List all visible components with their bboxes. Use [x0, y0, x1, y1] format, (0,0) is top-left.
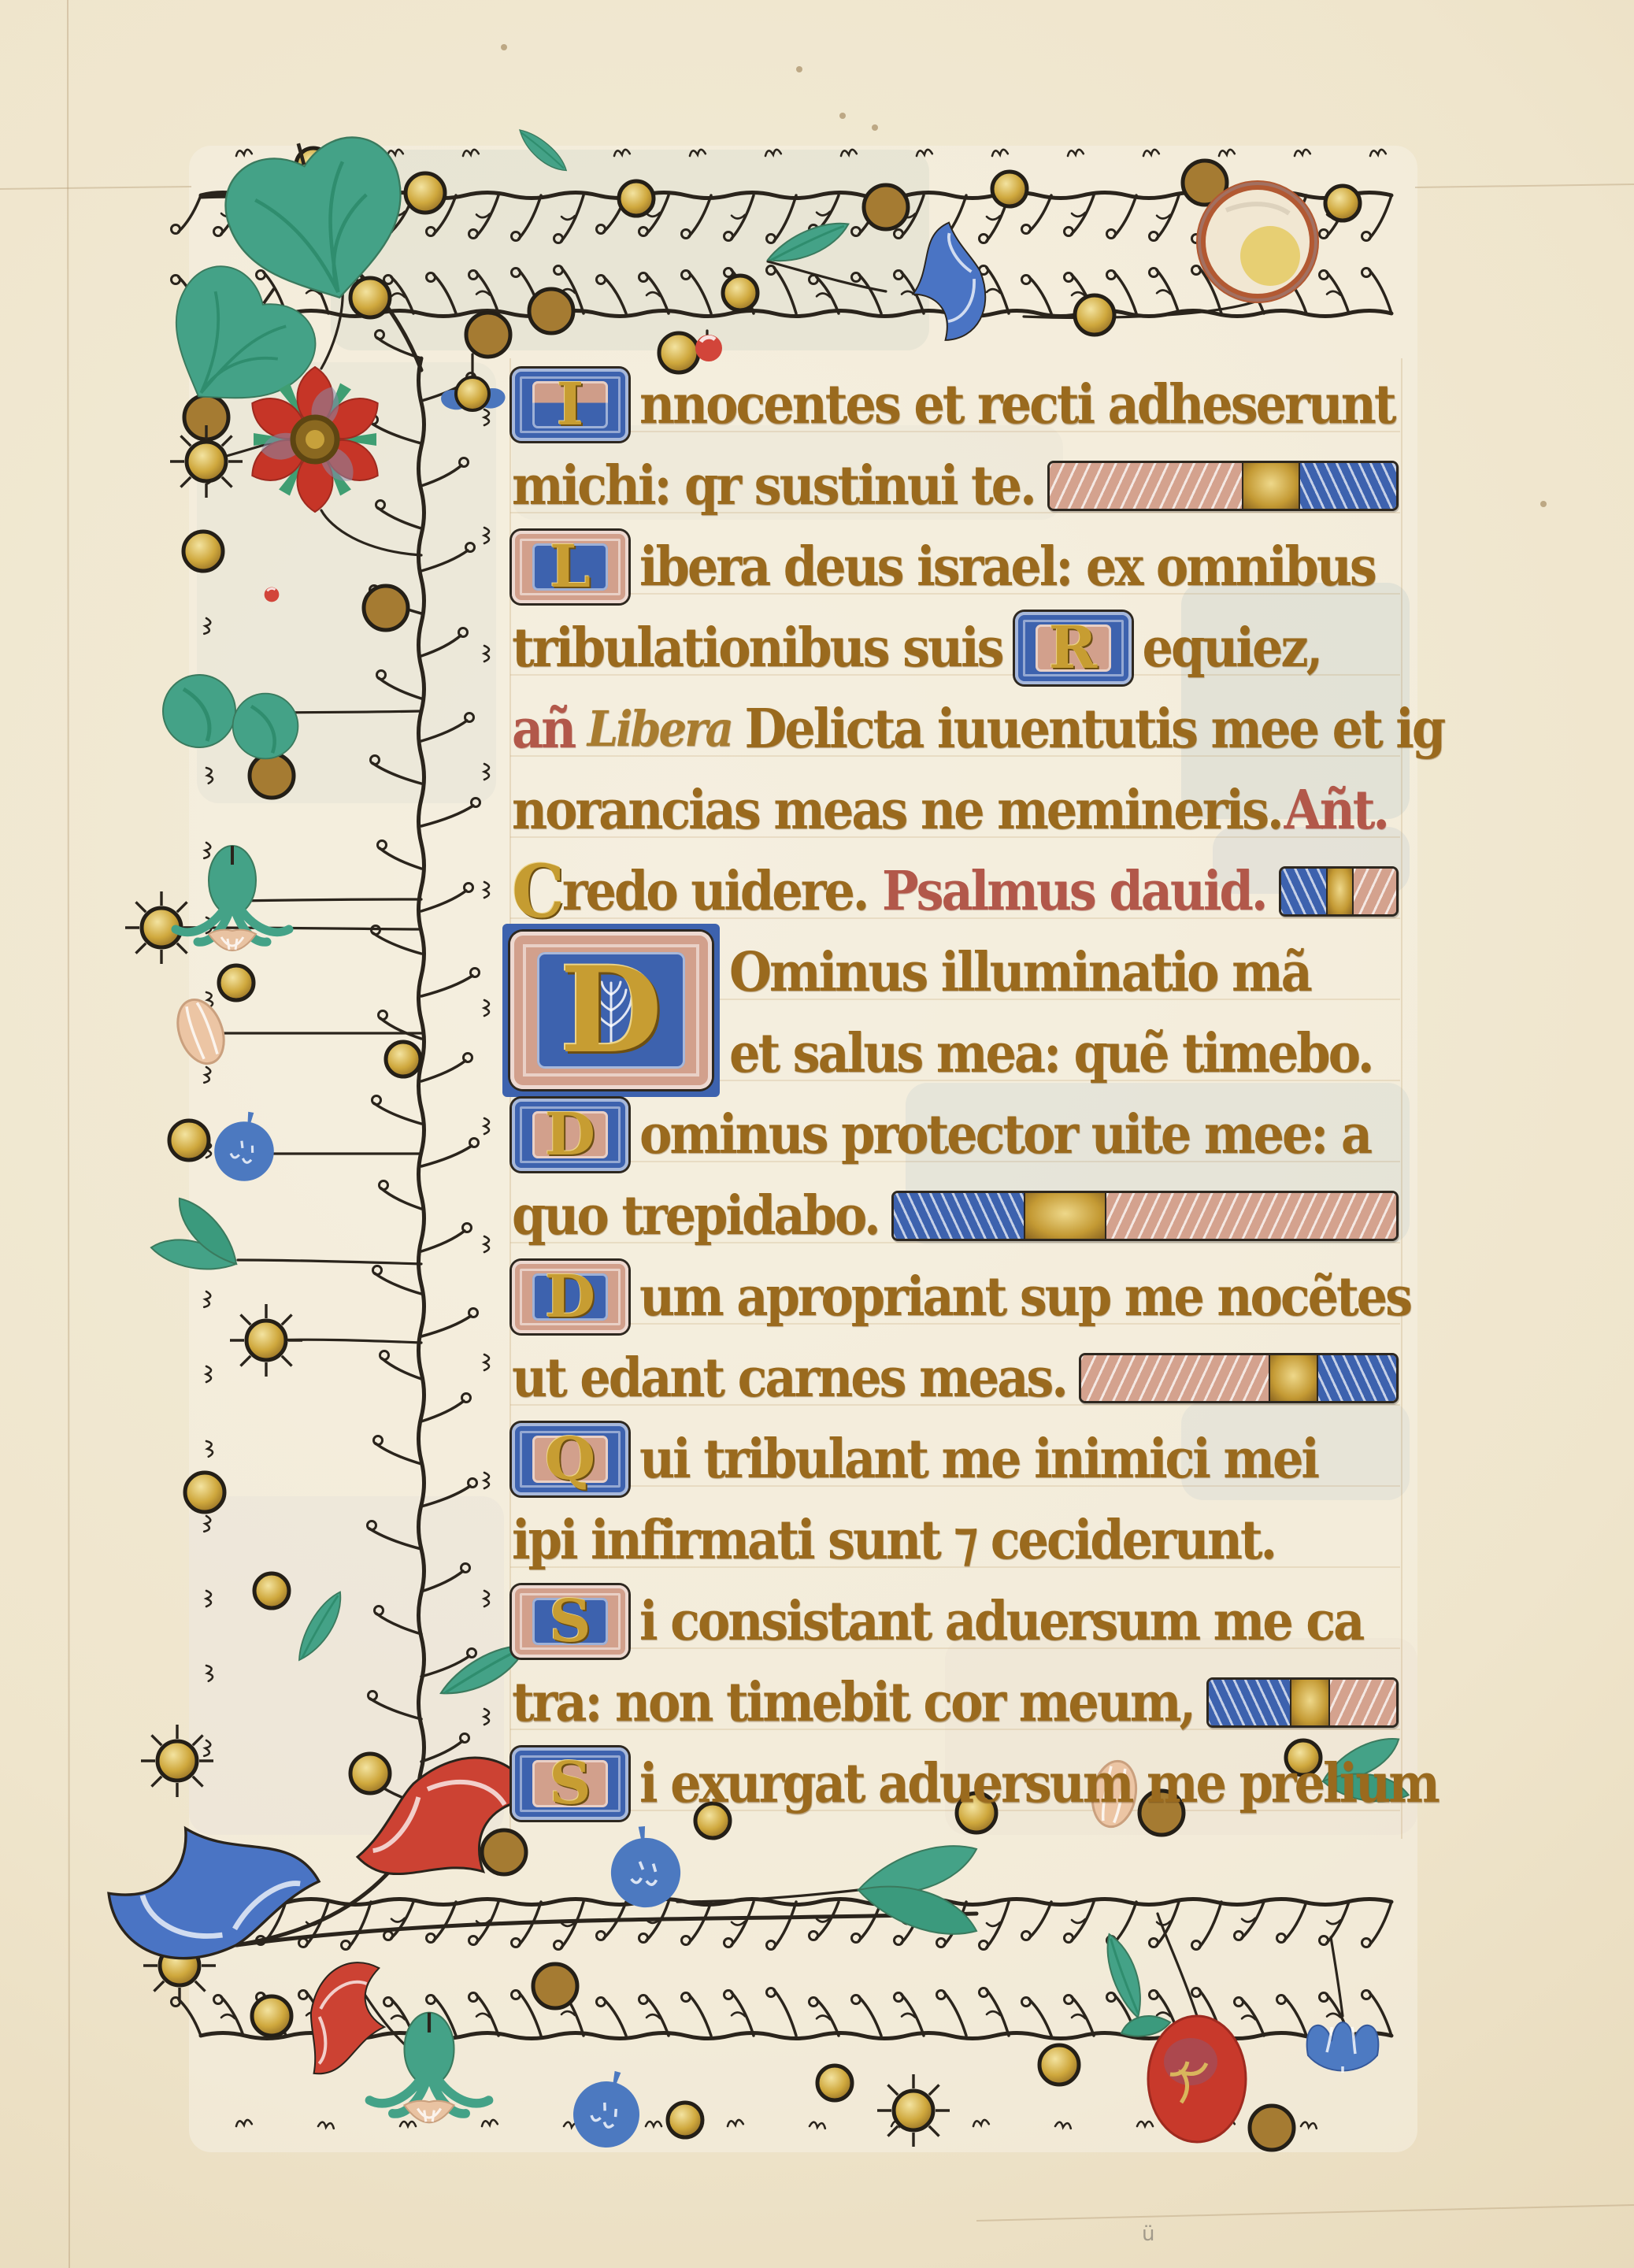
text-block: D Innocentes et recti adheseruntmichi: q… [0, 0, 1634, 2268]
initial-letter: S [549, 1588, 591, 1655]
initial-letter: Q [545, 1425, 595, 1493]
text-segment: ipi infirmati sunt ⁊ ceciderunt. [512, 1508, 1275, 1571]
line-filler [1206, 1677, 1399, 1728]
text-line-18: Si exurgat aduersum me prelium [512, 1743, 1400, 1824]
filler-segment-pink [1050, 463, 1242, 509]
illuminated-initial-Q: Q [512, 1423, 628, 1495]
text-segment: añ [512, 697, 574, 760]
illuminated-initial-I: I [512, 369, 628, 441]
text-segment: ut edant carnes meas. [512, 1346, 1066, 1409]
initial-letter: I [557, 371, 584, 439]
filler-segment-gold [1269, 1355, 1318, 1401]
text-segment: Psalmus dauid. [882, 859, 1266, 922]
text-segment: ominus protector uite mee: a [639, 1102, 1370, 1165]
filler-segment-pink [1081, 1355, 1269, 1401]
text-segment: tribulationibus suis [512, 616, 1002, 679]
text-line-5: añ Libera Delicta iuuentutis mee et ig [512, 688, 1400, 769]
text-line-9: et salus mea: quẽ timebo. [512, 1013, 1617, 1094]
text-segment: C [512, 848, 562, 934]
text-line-11: quo trepidabo. [512, 1175, 1400, 1256]
illuminated-initial-S: S [512, 1585, 628, 1658]
text-segment: quo trepidabo. [512, 1184, 879, 1247]
text-line-14: Qui tribulant me inimici mei [512, 1418, 1400, 1499]
text-segment: Ominus illuminatio mã [729, 940, 1310, 1003]
initial-letter: R [1049, 614, 1098, 682]
text-line-15: ipi infirmati sunt ⁊ ceciderunt. [512, 1499, 1400, 1581]
pen-mark: ü [1142, 2222, 1154, 2246]
initial-letter: L [550, 533, 591, 601]
illuminated-initial-D: D [512, 1099, 628, 1171]
initial-letter: D [545, 1263, 595, 1331]
text-segment: i consistant aduersum me ca [639, 1589, 1362, 1652]
initial-letter: S [549, 1750, 591, 1818]
filler-segment-blue [1209, 1680, 1290, 1725]
line-filler [891, 1191, 1399, 1241]
text-segment: Añt. [1284, 778, 1388, 841]
text-segment: ui tribulant me inimici mei [639, 1427, 1317, 1490]
text-line-10: Dominus protector uite mee: a [512, 1094, 1400, 1175]
text-line-8: Ominus illuminatio mã [512, 932, 1617, 1013]
illuminated-initial-L: L [512, 531, 628, 603]
filler-segment-blue [894, 1193, 1024, 1239]
filler-segment-gold [1242, 463, 1300, 509]
filler-segment-pink [1106, 1193, 1396, 1239]
text-line-17: tra: non timebit cor meum, [512, 1662, 1400, 1743]
filler-segment-gold [1290, 1680, 1330, 1725]
text-line-7: Credo uidere. Psalmus dauid. [512, 850, 1400, 932]
text-segment: i exurgat aduersum me prelium [639, 1751, 1438, 1814]
text-segment: et salus mea: quẽ timebo. [729, 1021, 1372, 1084]
text-segment: Delicta iuuentutis mee et ig [744, 697, 1443, 760]
text-segment: nnocentes et recti adheserunt [639, 372, 1395, 435]
text-line-2: michi: qr sustinui te. [512, 445, 1400, 526]
illuminated-initial-S: S [512, 1747, 628, 1820]
text-segment: Libera [574, 700, 744, 758]
text-line-16: Si consistant aduersum me ca [512, 1581, 1400, 1662]
filler-segment-blue [1300, 463, 1396, 509]
manuscript-page: Illuminated Book of Hours leaf — Psalm 2… [0, 0, 1634, 2268]
filler-segment-blue [1318, 1355, 1396, 1401]
text-line-13: ut edant carnes meas. [512, 1337, 1400, 1418]
text-line-1: Innocentes et recti adheserunt [512, 364, 1400, 445]
text-line-3: Libera deus israel: ex omnibus [512, 526, 1400, 607]
text-segment: equiez, [1143, 616, 1321, 679]
illuminated-initial-D: D [512, 1261, 628, 1333]
text-segment: ibera deus israel: ex omnibus [639, 535, 1375, 598]
text-line-4: tribulationibus suisRequiez, [512, 607, 1400, 688]
line-filler [1279, 866, 1399, 917]
filler-segment-pink [1354, 869, 1396, 914]
line-filler [1079, 1353, 1399, 1403]
text-segment: redo uidere. [562, 859, 882, 922]
filler-segment-pink [1330, 1680, 1396, 1725]
text-line-6: norancias meas ne memineris.Añt. [512, 769, 1400, 850]
filler-segment-blue [1281, 869, 1326, 914]
filler-segment-gold [1024, 1193, 1106, 1239]
text-line-12: Dum apropriant sup me nocẽtes [512, 1256, 1400, 1337]
line-filler [1047, 461, 1399, 511]
text-segment: michi: qr sustinui te. [512, 454, 1035, 517]
illuminated-initial-R: R [1015, 612, 1132, 684]
initial-letter: D [545, 1101, 595, 1169]
filler-segment-gold [1326, 869, 1354, 914]
initial-letter: D [560, 941, 662, 1080]
text-segment: um apropriant sup me nocẽtes [639, 1265, 1410, 1328]
text-segment: tra: non timebit cor meum, [512, 1670, 1194, 1733]
text-segment: norancias meas ne memineris. [512, 778, 1282, 841]
